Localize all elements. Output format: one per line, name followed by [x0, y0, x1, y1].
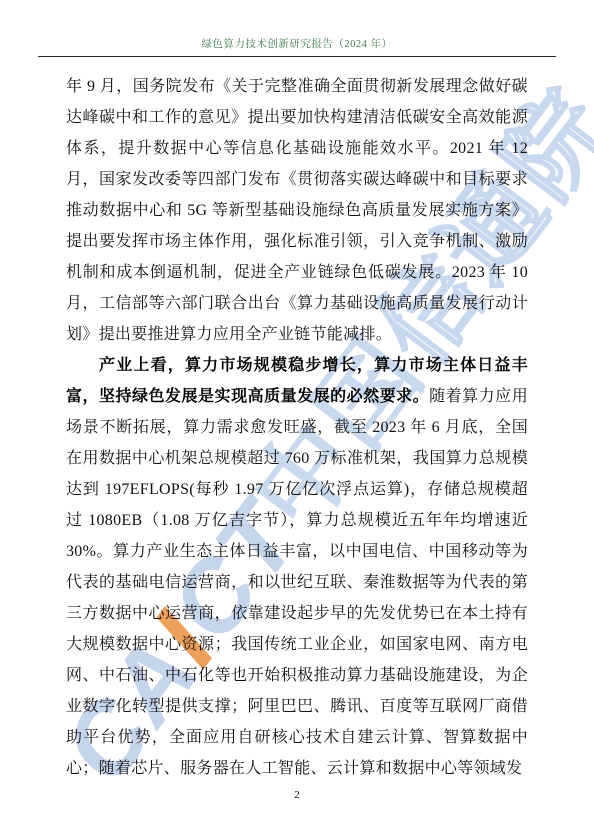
- paragraph-text: 年 9 月，国务院发布《关于完整准确全面贯彻新发展理念做好碳达峰碳中和工作的意见…: [66, 78, 528, 343]
- page-number: 2: [294, 789, 300, 801]
- paragraph-1: 年 9 月，国务院发布《关于完整准确全面贯彻新发展理念做好碳达峰碳中和工作的意见…: [66, 71, 528, 350]
- page-header: 绿色算力技术创新研究报告（2024 年）: [0, 0, 594, 57]
- paragraph-2: 产业上看，算力市场规模稳步增长，算力市场主体日益丰富，坚持绿色发展是实现高质量发…: [66, 350, 528, 784]
- paragraph-text: 随着算力应用场景不断拓展，算力需求愈发旺盛，截至 2023 年 6 月底，全国在…: [66, 388, 528, 777]
- document-page: CAICT中国信通院 绿色算力技术创新研究报告（2024 年） 年 9 月，国务…: [0, 0, 594, 839]
- header-divider: [38, 56, 556, 57]
- page-footer: 2: [0, 785, 594, 803]
- report-title: 绿色算力技术创新研究报告（2024 年）: [0, 36, 594, 51]
- document-body: 年 9 月，国务院发布《关于完整准确全面贯彻新发展理念做好碳达峰碳中和工作的意见…: [66, 71, 528, 784]
